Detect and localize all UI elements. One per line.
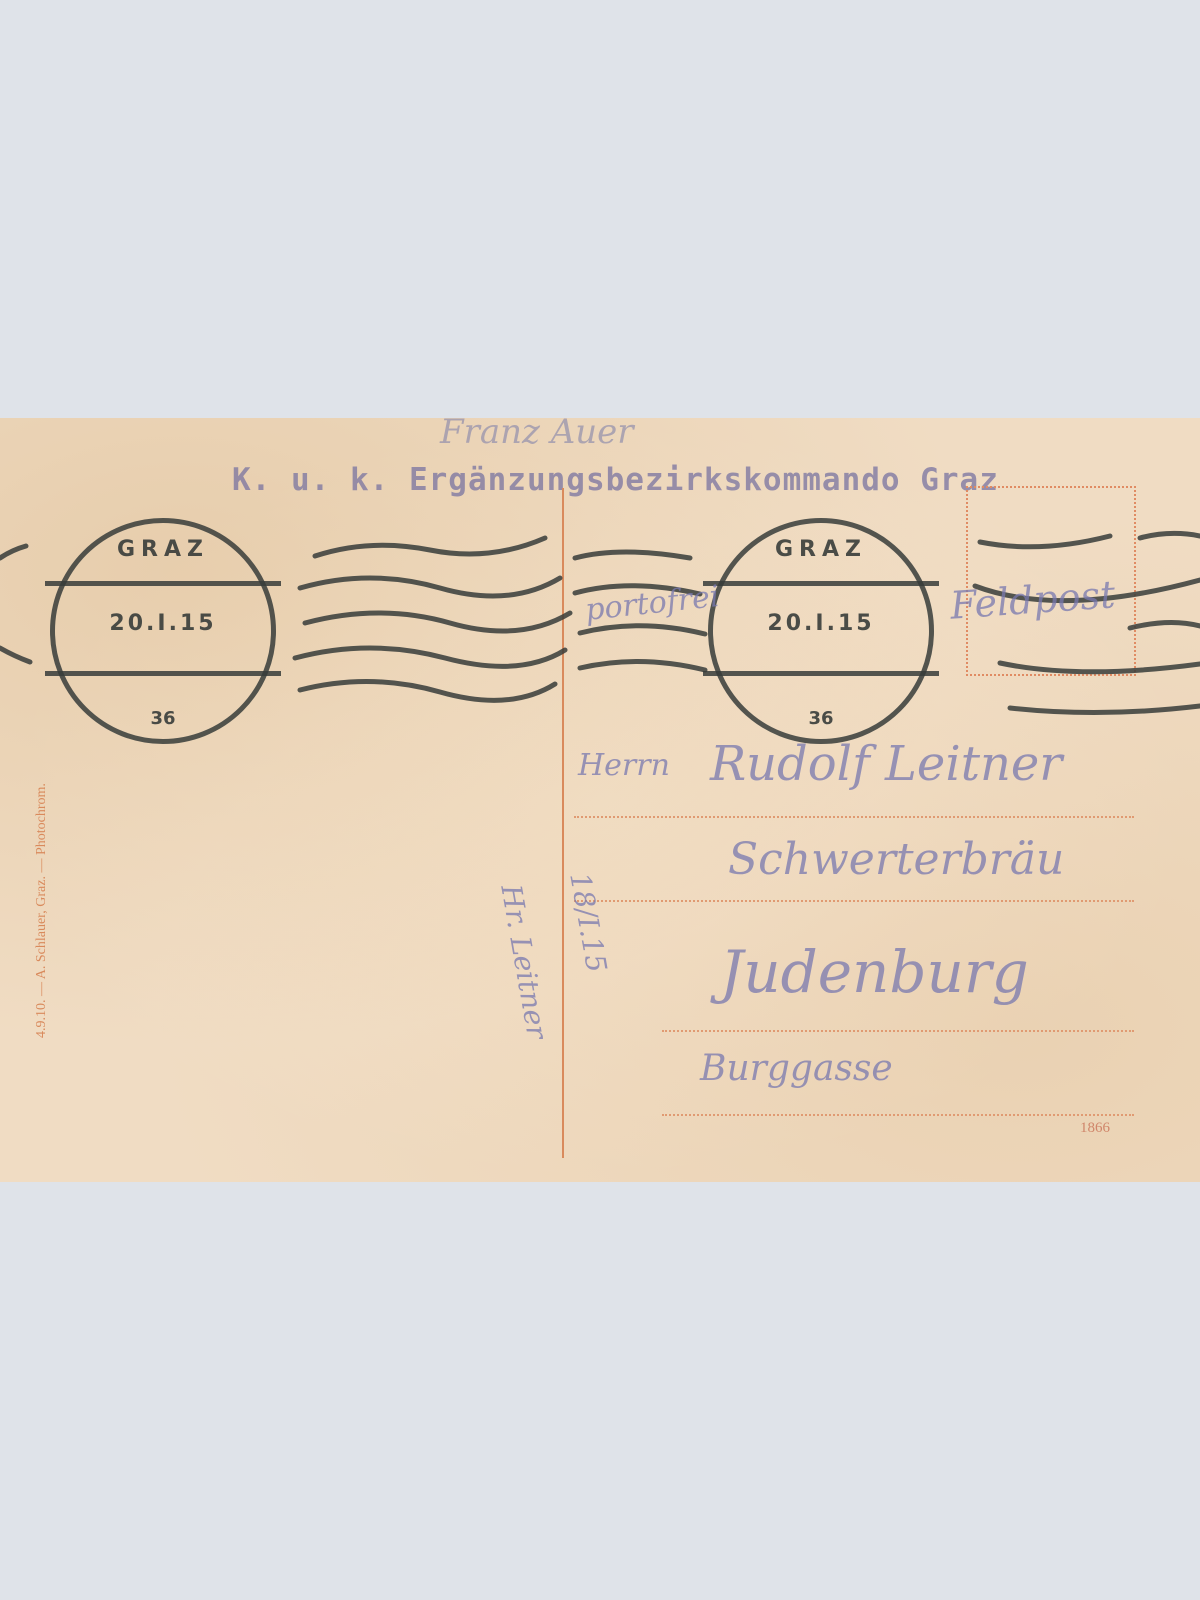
publisher-imprint: 4.9.10. — A. Schlauer, Graz. — Photochro… — [34, 783, 50, 1038]
address-city: Judenburg — [720, 938, 1029, 1006]
address-street: Burggasse — [700, 1048, 893, 1089]
postmark-left: GRAZ 20.I.15 36 — [50, 518, 276, 744]
address-name: Rudolf Leitner — [710, 736, 1062, 792]
postcard: Franz Auer K. u. k. Ergänzungsbezirkskom… — [0, 418, 1200, 1182]
address-line2: Schwerterbräu — [728, 834, 1064, 885]
address-salutation: Herrn — [578, 748, 670, 783]
card-number: 1866 — [1080, 1120, 1110, 1137]
postmark-right: GRAZ 20.I.15 36 — [708, 518, 934, 744]
